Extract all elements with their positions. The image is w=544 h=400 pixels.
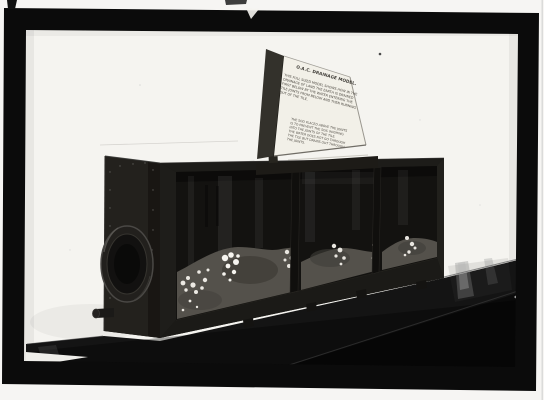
pipe-flange [101, 226, 153, 302]
right-stile [437, 158, 444, 278]
photo-scene: O.A.C. DRAINAGE MODEL. THIS FULL SIZED M… [0, 0, 544, 400]
drain-pipe-nub [93, 308, 115, 318]
left-stile [160, 163, 176, 338]
photo-print: O.A.C. DRAINAGE MODEL. THIS FULL SIZED M… [0, 0, 544, 400]
